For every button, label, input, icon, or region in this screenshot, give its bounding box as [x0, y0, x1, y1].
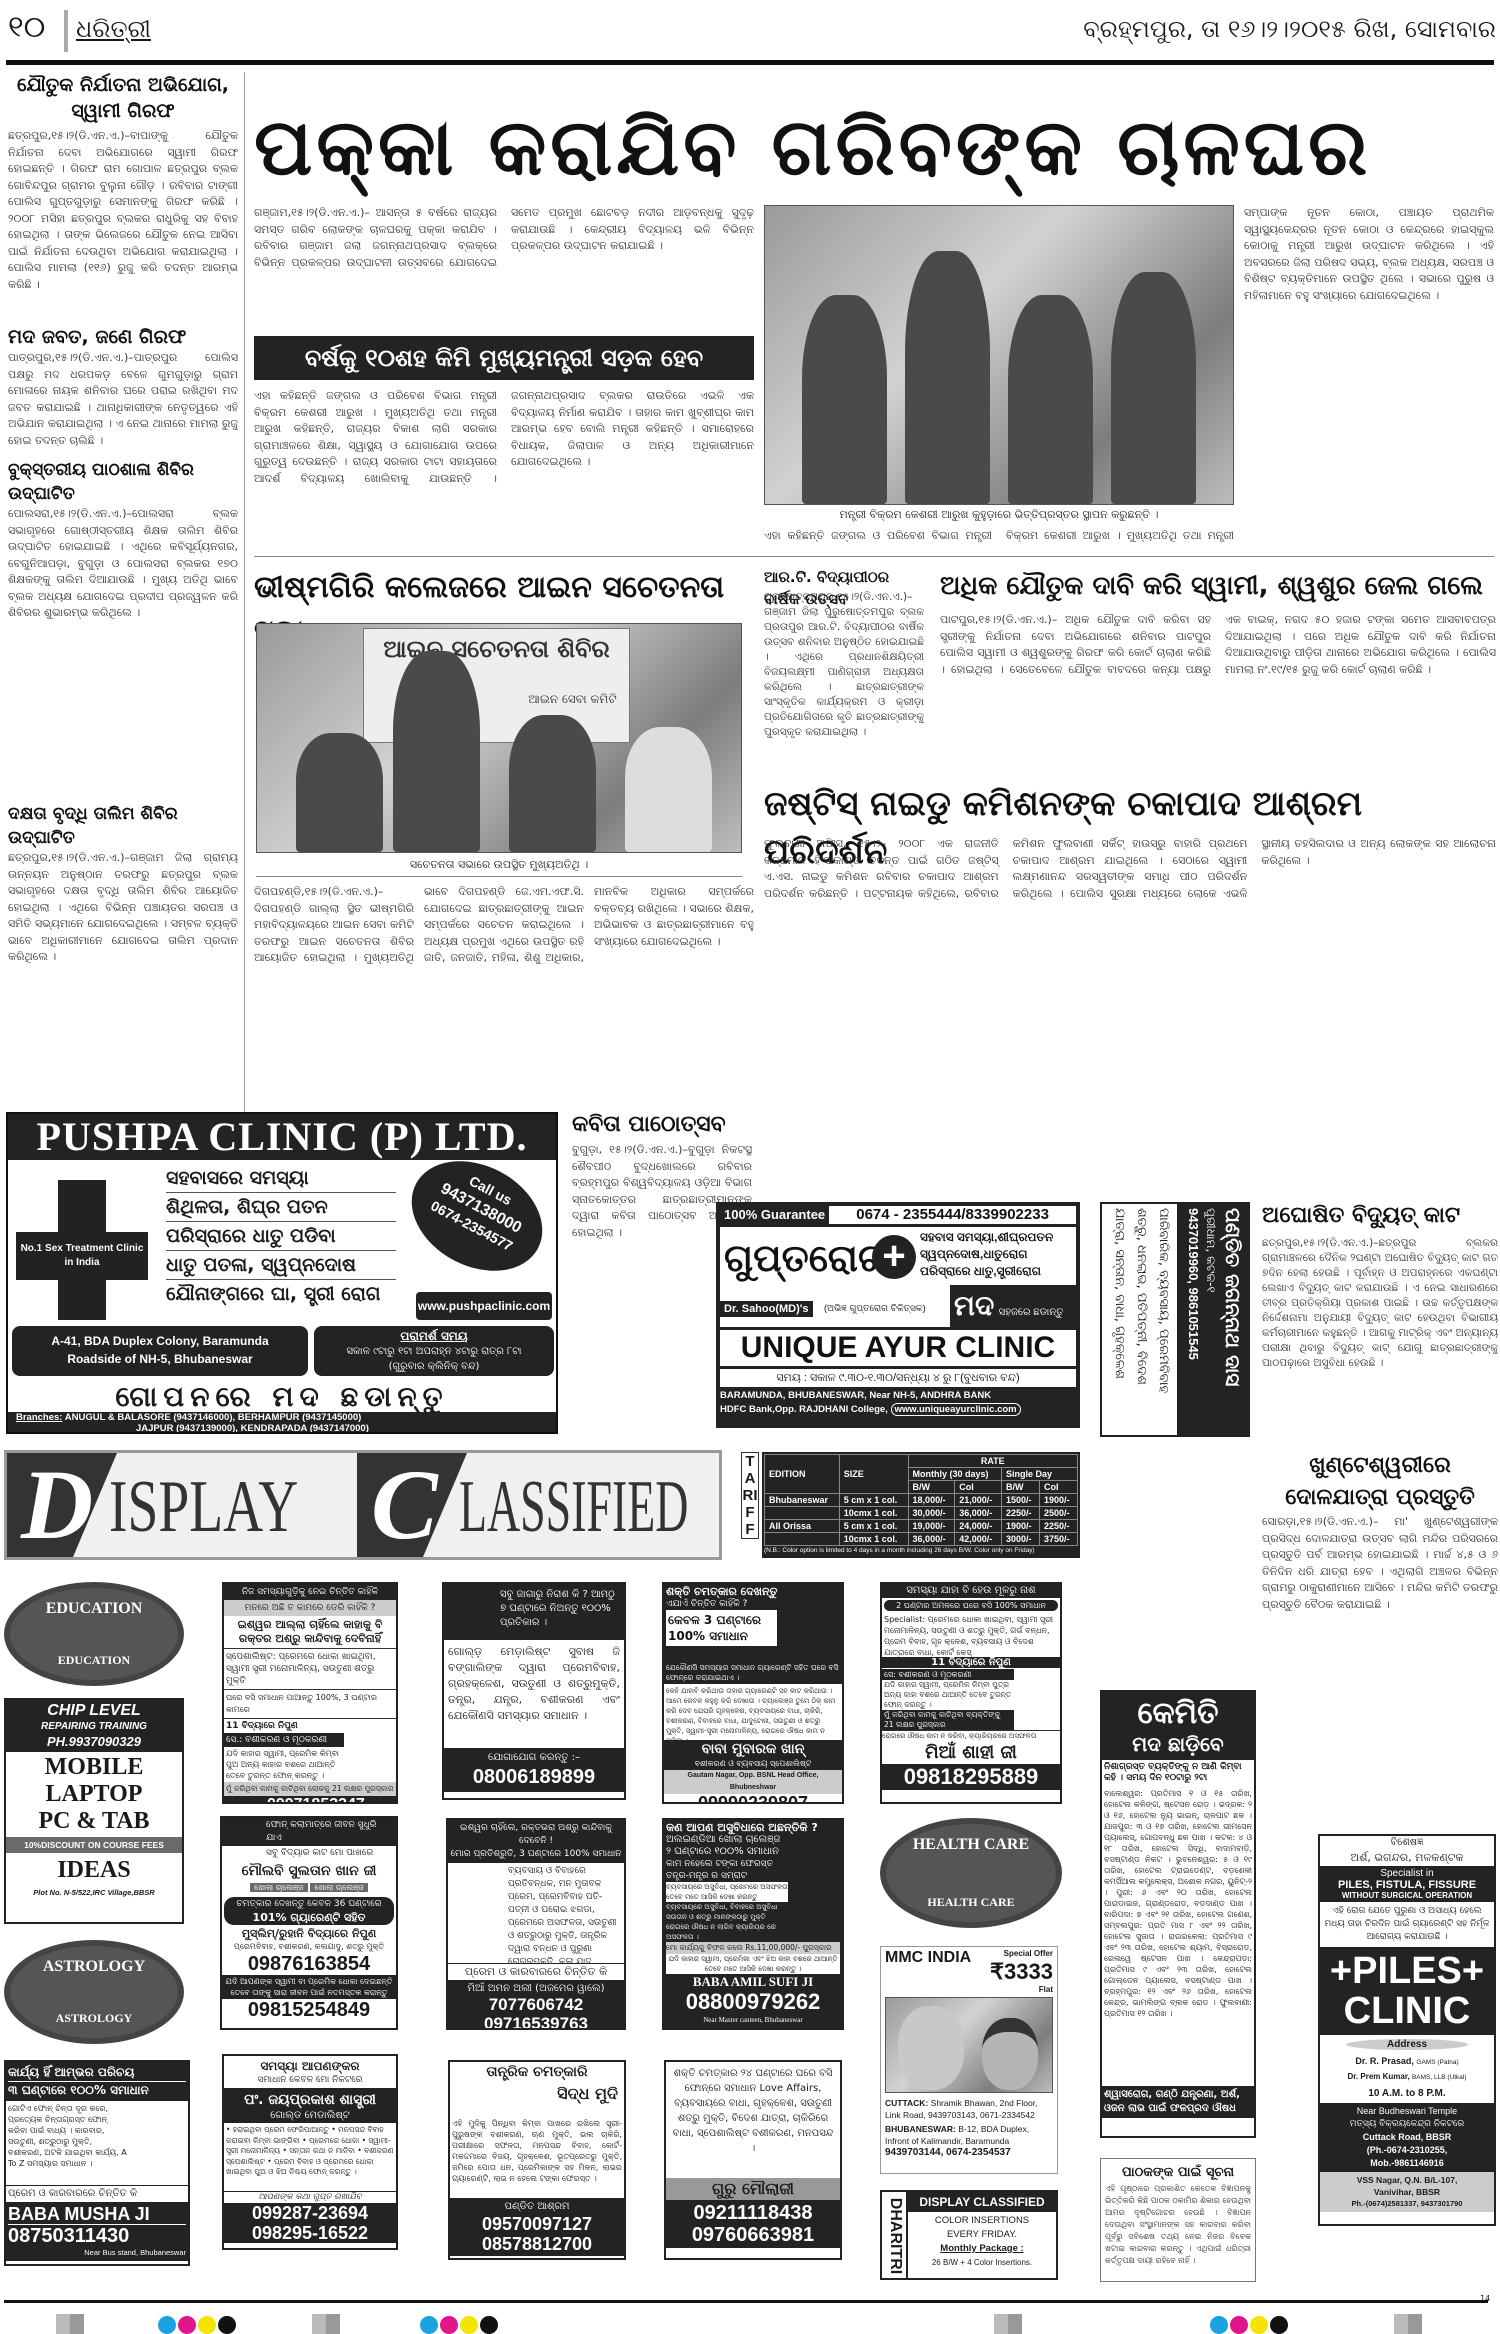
col-subheader: Monthly (30 days)	[908, 1468, 1001, 1481]
address-line: HDFC Bank,Opp. RAJDHANI College, www.uni…	[720, 1403, 1076, 1417]
phone: 09760663981	[666, 2224, 840, 2246]
power-cut-body: ଛତ୍ରପୁର,୧୫।୨(ଡି.ଏନ.ଏ.)–ଛତ୍ରପୁର ବ୍ଲକର ଗ୍ର…	[1262, 1236, 1498, 1436]
ad-body: ଏହି ମୁଦିକୁ ପିନ୍ଧିବା କିମ୍ବା ପାଖରେ ରଖିଲେ ସ…	[450, 2116, 624, 2198]
doctor-line: Dr. Prem Kumar, BAMS, LLB (Utkal)	[1320, 2070, 1494, 2085]
ad-big-line: CLINIC	[1320, 1991, 1494, 2031]
clinic-name: UNIQUE AYUR CLINIC	[720, 1330, 1076, 1366]
dola-body: ସୋରଡ଼ା,୧୫।୨(ଡି.ଏନ.ଏ.)– ମା' ଖୁଣ୍ଟେଶ୍ୱରୀଙ୍…	[1262, 1514, 1498, 1734]
col-header: EDITION	[765, 1455, 840, 1494]
ad-line: ସ୍ୱପ୍ନଦୋଷ,ଧାତୁରୋଗ	[920, 1246, 1053, 1263]
address: Plot No. N-5/522,IRC Village,BBSR	[6, 1887, 182, 1899]
ad-line: ଯଦି କାହାର ସ୍ୱାମୀ, ପ୍ରେମିକ କିମ୍ବା ପୁଅ ଅନ୍…	[224, 1747, 344, 1782]
ad-line: Specialist in	[1320, 1868, 1494, 1879]
ad-line: ସେ.: ବଶୀକରଣ ଓ ମୂଠକରଣୀ	[224, 1733, 344, 1747]
lead-headline: ପକ୍କା କରାଯିବ ଗରିବଙ୍କ ଚାଳଘର	[254, 100, 1494, 196]
ad-body: • ହରାଇଥିବା ପ୍ରେମ ଫେରିପାଆନ୍ତୁ • ମନପସନ୍ଦ ବ…	[224, 2123, 396, 2191]
law-camp-body: ଦିଗପହଣ୍ଡି,୧୫।୨(ଡି.ଏନ.ଏ.)– ଦିଗପହଣ୍ଡି ଗାଲ୍…	[254, 884, 754, 1104]
cell-edition	[765, 1507, 840, 1520]
pandit-name: ପଣ୍ଡିତ ଜଗନ୍ନାଥ ଦାସ	[1219, 1208, 1247, 1430]
address-line: BHUBANESWAR: B-12, BDA Duplex, Infront o…	[885, 2123, 1055, 2147]
ad-line: ସହବାସରେ ସମସ୍ୟା	[166, 1164, 396, 1193]
ad-unique-ayur[interactable]: 100% Guarantee 0674 - 2355444/8339902233…	[716, 1202, 1080, 1428]
ad-line: Vanivihar, BBSR	[1320, 2186, 1494, 2198]
side-label: DHARITRI	[882, 2192, 908, 2278]
website: www.pushpaclinic.com	[416, 1292, 552, 1320]
timing-text: ସକାଳ ୯ଟାରୁ ୧ଟା ଅପରାହ୍ନ ୪ଟାରୁ ରାତ୍ର ୮ଟା	[314, 1344, 554, 1359]
phone: 09716539763	[448, 2014, 624, 2030]
ad-name-block: ବାବା ମୁବାରକ ଖାନ୍ ବଶୀକରଣ ଓ ବ୍ୟବସାୟ ସ୍ପେଶା…	[664, 1740, 842, 1770]
left-column: ଯୌତୁକ ନିର୍ଯାତନା ଅଭିଯୋଗ, ସ୍ୱାମୀ ଗିରଫ ଛତ୍ର…	[8, 72, 238, 1102]
ad-chip-level[interactable]: CHIP LEVEL REPAIRING TRAINING PH.9937090…	[4, 1698, 184, 1924]
ad-body: ଗୋଟିଏ ଫୋନ୍ ଚିନ୍ତା ଦୂର କରେ, ପ୍ରତ୍ୟେକ ଚିନ୍…	[6, 2101, 188, 2185]
chip-row: ଖୋଲା ଚାଲେଞ୍ଜ ଖୋଲା ଚାଲେଞ୍ଜ	[222, 1881, 396, 1895]
ad-line: Mob.-9861146916	[1320, 2157, 1494, 2170]
ad-body: ଶକ୍ତି ଚମତ୍କାର ୨୪ ଘଣ୍ଟାରେ ଘରେ ବସି ଫୋନ୍‌ରେ…	[666, 2062, 840, 2178]
address-line: Roadside of NH-5, Bhubaneswar	[12, 1350, 308, 1368]
cyan-dot-icon	[420, 2316, 438, 2334]
ad-line: ଯଦି କାହାର ସ୍ୱାମୀ, ପ୍ରେମିକ କିମ୍ବା ପୁତ୍ର ଅ…	[882, 1680, 1014, 1710]
cell-size: 5 cm x 1 col.	[839, 1520, 908, 1533]
photo-figure	[1008, 295, 1092, 504]
ad-vertical-text: ପାରିବାରିକ, ବ୍ୟବସାୟ, ପ୍ରେମବିବାହ ଶତ୍ରୁ, ଧନ…	[1102, 1204, 1177, 1435]
phone: 09211118438	[666, 2202, 840, 2224]
ad-line: ଯୌନାଙ୍ଗରେ ଘା, ସ୍ତ୍ରୀ ରୋଗ	[166, 1280, 396, 1308]
phone: 09818295889	[882, 1764, 1060, 1790]
cell-rate: 1500/-	[1002, 1494, 1040, 1507]
ad-contact: BABA MUSHA JI 08750311430 Near Bus stand…	[6, 2202, 188, 2261]
ad-line: Monthly Package :	[908, 2242, 1056, 2256]
headline: ମଦ ଜବତ, ଜଣେ ଗିରଫ	[8, 324, 238, 350]
ad-vertical-pandit[interactable]: ପାରିବାରିକ, ବ୍ୟବସାୟ, ପ୍ରେମବିବାହ ଶତ୍ରୁ, ଧନ…	[1100, 1202, 1250, 1437]
col-label: B/W	[908, 1481, 955, 1494]
ad-name: ପଣ୍ଡିତ ଆଶ୍ରମ	[450, 2200, 624, 2214]
plus-icon: +	[872, 1235, 916, 1279]
phone-block: 099287-23694 098295-16522	[224, 2203, 396, 2243]
ad-rotated: ପଣ୍ଡିତ ଜଗନ୍ନାଥ ଦାସ ପୁରୀଧାମ, କଟକ-୧ 943701…	[1183, 1208, 1247, 1430]
ad-line: ତନ୍ତ୍ର-ମନ୍ତ୍ର ର ସମ୍ରାଟ	[666, 1870, 840, 1882]
magenta-dot-icon	[1230, 2316, 1248, 2334]
cell-rate: 42,000/-	[955, 1533, 1002, 1546]
story-liquor-seized: ମଦ ଜବତ, ଜଣେ ଗିରଫ ପାତ୍ରପୁର,୧୫।୨(ଡି.ଏନ.ଏ.)…	[8, 324, 238, 446]
badge-text: ASTROLOGY	[56, 2011, 133, 2026]
phone: 098295-16522	[224, 2223, 396, 2243]
magenta-dot-icon	[178, 2316, 196, 2334]
story-camp: ବୁକ୍‌ସ୍ତରୀୟ ପାଠଶାଳା ଶିବିର ଉଦ୍‌ଘାଟିତ ପୋଲସ…	[8, 458, 238, 786]
address-line: CUTTACK: Shramik Bhawan, 2nd Floor, Link…	[885, 2097, 1055, 2121]
address-block: CUTTACK: Shramik Bhawan, 2nd Floor, Link…	[885, 2097, 1055, 2159]
cell-rate: 2250/-	[1002, 1507, 1040, 1520]
ad-body: ଗୋଲ୍ଡ଼ ମେଡ଼ାଲିଷ୍ଟ ସୁବାଷ ଜି ବଙ୍ଗାଲିଙ୍କ ଦ୍…	[444, 1640, 624, 1748]
lead-body: ଗଞ୍ଜାମ,୧୫।୨(ଡି.ଏନ.ଏ.)– ଆସନ୍ତା ୫ ବର୍ଷରେ ର…	[254, 205, 754, 325]
banner-letter-d: D	[21, 1453, 93, 1557]
ad-title: DISPLAY CLASSIFIED	[908, 2192, 1056, 2212]
tariff-vertical-label: TARIFF	[741, 1452, 759, 1539]
ad-line: ମୋର ପ୍ରତିଶ୍ରୁତି, 3 ଘଣ୍ଟାରେ 100% ସମାଧାନ	[450, 1848, 622, 1861]
table-row: 10cmx 1 col. 36,000/- 42,000/- 3000/- 37…	[765, 1533, 1078, 1546]
phone-block: 09211118438 09760663981	[666, 2200, 840, 2248]
page-number: ୧୦	[8, 8, 45, 48]
banner-word: ISPLAY	[109, 1457, 298, 1557]
ad-name: ଗୁରୁ ମୌଲାଜୀ	[666, 2178, 840, 2200]
photo-figure	[393, 651, 480, 852]
ad-line: ଶତ୍ରୁ, ଧନଲାଭ, ପତିପତ୍ନୀ, ବିଦେଶ	[1130, 1208, 1152, 1430]
ad-siddha-mudi[interactable]: ତାନ୍ତ୍ରିକ ଚମତ୍କାରି ସିଦ୍ଧ ମୁଦି ଏହି ମୁଦିକୁ…	[448, 2060, 626, 2260]
cell-edition: Bhubaneswar	[765, 1494, 840, 1507]
cell-rate: 1900/-	[1002, 1520, 1040, 1533]
ad-mubarak-khan[interactable]: ଶକ୍ତି ଚମତ୍କାର ଦେଖନ୍ତୁ ଏଯାଏଁ ଚିନ୍ତିତ କାହି…	[662, 1582, 844, 1804]
ad-big-line: +PILES+	[1320, 1951, 1494, 1991]
ad-subhash[interactable]: ସବୁ ଜାଗାରୁ ନିରାଶ କି ? ଆମଠୁ ୭ ଘଣ୍ଟାରେ ନିଅ…	[442, 1582, 626, 1800]
doctor-name: Dr. Prem Kumar,	[1347, 2072, 1409, 2081]
branches: Branches: ANUGUL & BALASORE (9437146000)…	[8, 1412, 556, 1434]
branches-text: JAJPUR (9437139000), KENDRAPADA (9437147…	[16, 1423, 369, 1434]
ad-line: ପ୍ରେମ ଓ କାରବାରରେ ଚିନ୍ତିତ କି	[6, 2185, 188, 2202]
ad-body: ଏହି ରୋଗ ଯେତେ ପୁରୁଣା ଓ ଅସାଧ୍ୟ ହେଲେ ମଧ୍ୟ ତ…	[1320, 1902, 1494, 1947]
phone: 08578812700	[450, 2234, 624, 2254]
doctor-line: Dr. R. Prasad, GAMS (Patna)	[1320, 2054, 1494, 2070]
phone: 09876163854	[222, 1953, 396, 1975]
ad-title: କେମିତି	[1102, 1696, 1254, 1732]
law-camp-caption: ସଚେତନତା ସଭାରେ ଉପସ୍ଥିତ ମୁଖ୍ୟଅତିଥି ।	[256, 858, 742, 872]
ad-line: ବ୍ୟବସାୟରେ ଅସୁବିଧା, ପ୍ରେମରେ ଅସଫଳତା ତେବେ ମ…	[666, 1882, 788, 1902]
cell-rate: 2500/-	[1039, 1507, 1077, 1520]
face-after	[982, 2018, 1038, 2090]
headline: ବୁକ୍‌ସ୍ତରୀୟ ପାଠଶାଳା ଶିବିର ଉଦ୍‌ଘାଟିତ	[8, 458, 238, 506]
col-label: Col	[1039, 1481, 1077, 1494]
cell-edition: All Orissa	[765, 1520, 840, 1533]
notice-body: ଏହି ପୃଷ୍ଠାରେ ପ୍ରକାଶିତ କେତେକ ବିଜ୍ଞାପନକୁ ଭ…	[1105, 2183, 1251, 2277]
chip-big-line: MOBILE	[6, 1754, 182, 1781]
ad-name: ମିଆଁ ଶାହୀ ଜୀ	[882, 1742, 1060, 1764]
story-body: ଛତ୍ରପୁର,୧୫।୨(ଡି.ଏନ.ଏ.)–ଗଞ୍ଜାମ ଜିଲା ଗ୍ରାମ…	[8, 850, 238, 1030]
ad-line: ପ୍ରେମବିବାହ, ବଶୀକରଣ, କଳାଯାଦୁ, ଶତ୍ରୁ ମୁକ୍ତ…	[222, 1940, 396, 1953]
timing: ସମୟ : ସକାଳ ୯.୩୦-୧.୩୦/ସନ୍ଧ୍ୟା ୪ ରୁ ୮(ବୁଧବ…	[720, 1369, 1076, 1387]
ad-line: ଶକ୍ତି ଚମତ୍କାର ଦେଖନ୍ତୁ	[666, 1586, 840, 1598]
ad-line: ଫୋନ୍ କଲାମାତ୍ରେ ଜୀବନ ସୁଧୁରି ଯାଏ	[222, 1818, 396, 1846]
doctor-qual: BAMS, LLB (Utkal)	[1412, 2074, 1467, 2081]
pandit-location: ପୁରୀଧାମ, କଟକ-୧	[1203, 1208, 1219, 1430]
ad-body: ବ୍ୟବସାୟ ଓ ବିବାହରେ ପ୍ରତିବନ୍ଧକ, ମନ ମୁତାବକ …	[448, 1863, 624, 1963]
story-body: ପାତ୍ରପୁର,୧୫।୨(ଡି.ଏନ.ଏ.)–ପାତ୍ରପୁର ପୋଲିସ ପ…	[8, 350, 238, 446]
ad-sultan-khan[interactable]: ଫୋନ୍ କଲାମାତ୍ରେ ଜୀବନ ସୁଧୁରି ଯାଏ ସବୁ ବିଦ୍ୟ…	[220, 1816, 398, 2030]
ad-header: ସମସ୍ୟା ଆପଣଙ୍କର ସମାଧାନ କେବଳ ମୋ ନିକଟରେ	[224, 2056, 396, 2088]
dola-headline: ଖୁଣ୍ଟେଶ୍ୱରୀରେ ଦୋଳଯାତ୍ରା ପ୍ରସ୍ତୁତି	[1262, 1450, 1498, 1514]
phone: 0674 - 2355444/8339902233	[829, 1206, 1076, 1224]
ad-kemiti-deaddiction[interactable]: କେମିତି ମଦ ଛାଡ଼ିବେ ନିଶାଗ୍ରସ୍ତ ବ୍ୟକ୍ତିଙ୍କୁ…	[1100, 1690, 1256, 2138]
ad-line: ୨ ଘଣ୍ଟାରେ ୧୦୦% ସମାଧାନ	[666, 1846, 840, 1858]
address: Gautam Nagar, Opp. BSNL Head Office, Bhu…	[664, 1770, 842, 1794]
cell-rate: 19,000/-	[908, 1520, 955, 1533]
photo-figure	[905, 251, 989, 504]
face-before	[898, 2006, 964, 2090]
story-body: ଛତ୍ରପୁର,୧୫।୨(ଡି.ଏନ.ଏ.)–ବାପାଙ୍କୁ ଯୌତୁକ ନି…	[8, 128, 238, 318]
ad-lines: ପାରିବାରିକ, ବ୍ୟବସାୟ, ପ୍ରେମବିବାହ ଶତ୍ରୁ, ଧନ…	[1108, 1208, 1174, 1430]
doctor-name: Dr. R. Prasad,	[1355, 2056, 1414, 2066]
lead-body-4: ଏହା କହିଛନ୍ତି ଜଙ୍ଗଲ ଓ ପରିବେଶ ବିଭାଗ ମନ୍ତ୍ର…	[764, 528, 1234, 550]
ad-line: ବିଶେଷଜ୍ଞ	[1320, 1836, 1494, 1850]
cyan-dot-icon	[1210, 2316, 1228, 2334]
doctor-name: Dr. Sahoo(MD)'s	[720, 1301, 813, 1317]
ad-line: ଯଦି କାହାର ସ୍ୱାମୀ, ପ୍ରେମିକା ଏବଂ ଝିଅ କାହା …	[666, 1954, 840, 1974]
cyan-dot-icon	[158, 2316, 176, 2334]
cell-rate: 3000/-	[1002, 1533, 1040, 1546]
ad-body: ବାଲେଶ୍ୱର: ପ୍ରତିମାସ ୧ ଓ ୧୫ ତାରିଖ, ହୋଟେଲ କ…	[1102, 1786, 1254, 2086]
cell-rate: 30,000/-	[908, 1507, 955, 1520]
dateline: ବ୍ରହ୍ମପୁର, ତା ୧୬।୨।୨୦୧୫ ରିଖ, ସୋମବାର	[1083, 10, 1496, 48]
ad-line: ଘରେ ବସି ସମାଧାନ ପାଆନ୍ତୁ 100%, 3 ଘଣ୍ଟାର କା…	[224, 1690, 396, 1719]
registration-cmyk	[1210, 2316, 1290, 2334]
cell-rate: 36,000/-	[908, 1533, 955, 1546]
mada-block: ମଦ ସହଜରେ ଛଡାନ୍ତୁ	[950, 1285, 1076, 1327]
branches-label: Branches:	[16, 1412, 62, 1423]
ad-line: ୩ ଘଣ୍ଟାରେ ୧୦୦% ସମାଧାନ	[8, 2082, 186, 2099]
ad-line: ଯାତ୍ରା, ସନ୍ତାନ, ବାଧା, ଗୃହକ୍ଳେଶ	[1108, 1208, 1130, 1430]
ad-pushpa-clinic[interactable]: PUSHPA CLINIC (P) LTD. No.1 Sex Treatmen…	[6, 1112, 558, 1434]
guarantee-label: 100% Guarantee	[720, 1206, 829, 1224]
ad-line: ଗୋଲ୍ଡ ମେଡାଲିଷ୍ଟ	[226, 2110, 394, 2121]
black-dot-icon	[218, 2316, 236, 2334]
registration-gray	[312, 2314, 340, 2334]
ad-line: (Ph.-0674-2310255,	[1320, 2144, 1494, 2157]
story-body: ପୋଲସରା,୧୫।୨(ଡି.ଏନ.ଏ.)–ପୋଲସରା ବ୍ଲକ ସଭାଗୃହ…	[8, 506, 238, 786]
flat-label: Flat	[1039, 1985, 1053, 1994]
contact-block: ଯୋଗାଯୋଗ କରନ୍ତୁ :– 08006189899	[444, 1748, 624, 1792]
phone: 08800979262	[666, 1990, 840, 2014]
ad-line: ମୋ କାର୍ଯ୍ୟକୁ ବିଫଳ କଲେ Rs.11,00,000/- ପୁର…	[666, 1942, 840, 1954]
address-line: BARAMUNDA, BHUBANESWAR, Near NH-5, ANDHR…	[720, 1389, 1076, 1403]
ad-line: VSS Nagar, Q.N. B/L-107,	[1320, 2174, 1494, 2186]
ad-amil-sufi[interactable]: କଣ ଆପଣ ଅସୁବିଧାରେ ଅଛନ୍ତିକି ? ଅଲଇଣ୍ଡିଆ ଖୋଲ…	[662, 1818, 844, 2030]
ad-baba-musha[interactable]: କାର୍ଯ୍ୟ ହିଁ ଆମ୍ଭର ପରିଚୟ ୩ ଘଣ୍ଟାରେ ୧୦୦% ସ…	[4, 2060, 190, 2266]
contact-label: ଯୋଗାଯୋଗ କରନ୍ତୁ :–	[444, 1751, 624, 1765]
dowry-body: ପାଟପୁର,୧୫।୨(ଡି.ଏନ.ଏ.)– ଅଧିକ ଯୌତୁକ ଦାବି କ…	[940, 612, 1496, 772]
ad-line: Cuttack Road, BBSR	[1320, 2131, 1494, 2144]
ad-line: ସେ: ବଶୀକରଣ ଓ ମୂଠକରଣୀ	[882, 1669, 1014, 1680]
price: ₹3333	[990, 1959, 1053, 1985]
photo-figure	[625, 727, 712, 852]
cross-icon-bar: No.1 Sex Treatment Clinic in India	[16, 1232, 148, 1280]
folio: 14	[1480, 2294, 1490, 2303]
ad-name: ମୌଲବି ସୁଲତାନ ଖାନ ଜୀ	[222, 1861, 396, 1881]
tariff-grid: EDITION SIZE RATE Monthly (30 days) Sing…	[764, 1454, 1078, 1546]
table-row: Bhubaneswar 5 cm x 1 col. 18,000/- 21,00…	[765, 1494, 1078, 1507]
display-classified-banner: D ISPLAY C LASSIFIED	[4, 1450, 722, 1560]
ad-line: ପ୍ରେମ ଓ କାରବାରରେ ଚିନ୍ତିତ କି	[448, 1963, 624, 1980]
photo-figure	[802, 295, 886, 504]
contact-block: ମିଆଁ ଅମନ ଅଲୀ (ଅଜମେର ୱାଲେ) 7077606742 097…	[448, 1980, 624, 2030]
ad-header: ଇଶ୍ୱର ଚାହିଁଲେ, ରକ୍ତଭରା ଅଶ୍ରୁ କାନ୍ଦିବାକୁ …	[448, 1820, 624, 1863]
column-divider	[244, 72, 245, 1112]
badge-text: EDUCATION	[58, 1653, 130, 1668]
ad-line: ସହବାସ ସମସ୍ୟା,ଶୀଘ୍ରପତନ	[920, 1229, 1053, 1246]
phone: PH.9937090329	[6, 1734, 182, 1750]
banner-letter-c: C	[371, 1453, 438, 1557]
ad-mmc-india[interactable]: MMC INDIA Special Offer ₹3333 Flat CUTTA…	[880, 1946, 1058, 2174]
ad-line: ସମାଧାନ କେବଳ ମୋ ନିକଟରେ	[226, 2074, 394, 2086]
ad-line: ଧାତୁ ପତଳା, ସ୍ୱପ୍ନଦୋଷ	[166, 1251, 396, 1280]
lead-photo	[764, 205, 1234, 505]
ad-line: ଚମତ୍କାର ଦେଖନ୍ତୁ କେବଳ 36 ଘଣ୍ଟାରେ	[224, 1898, 394, 1911]
poetry-headline: କବିତା ପାଠୋତ୍ସବ	[572, 1110, 752, 1140]
phone-block: ପଣ୍ଡିତ ଆଶ୍ରମ 09570097127 08578812700	[450, 2198, 624, 2256]
ad-line: ବ୍ୟବସାୟରେ ଅସୁବିଧା, ବିବାହରେ ଅସୁବିଧା ସଉତାନ…	[666, 1902, 788, 1942]
ad-header: କାର୍ଯ୍ୟ ହିଁ ଆମ୍ଭର ପରିଚୟ ୩ ଘଣ୍ଟାରେ ୧୦୦% ସ…	[6, 2062, 188, 2101]
branches-text: ANUGUL & BALASORE (9437146000), BERHAMPU…	[65, 1412, 362, 1423]
ad-line: ପରିସ୍ରାରେ ଧାତୁ ପଡିବା	[166, 1222, 396, 1251]
ad-dharitri-classified[interactable]: DHARITRI DISPLAY CLASSIFIED COLOR INSERT…	[880, 2190, 1058, 2280]
chip-line: CHIP LEVEL	[6, 1702, 182, 1720]
black-dot-icon	[1270, 2316, 1288, 2334]
paper-logo: ଧରିତ୍ରୀ	[76, 12, 151, 46]
address-line: A-41, BDA Duplex Colony, Baramunda	[12, 1332, 308, 1350]
yellow-dot-icon	[198, 2316, 216, 2334]
city-label: CUTTACK:	[885, 2098, 928, 2108]
ad-line: ଅର୍ଶ, ଭଗନ୍ଦର, ମଳକଣ୍ଟକ	[1320, 1850, 1494, 1866]
cell-edition	[765, 1533, 840, 1546]
phone: 08750311430	[8, 2225, 186, 2247]
ad-name-block: ପଂ. ଜୟପ୍ରକାଶ ଶାସ୍ତ୍ରୀ ଗୋଲ୍ଡ ମେଡାଲିଷ୍ଟ	[224, 2088, 396, 2123]
ad-line: 11 ବିଦ୍ୟାରେ ନିପୁଣ	[224, 1719, 396, 1733]
chip-big-line: PC & TAB	[6, 1808, 182, 1835]
col-label: Col	[955, 1481, 1002, 1494]
ad-line: ବଶୀକରଣ ଓ ବ୍ୟବସାୟ ସ୍ପେଶାଲିଷ୍ଟ	[664, 1758, 842, 1770]
ad-line: ସ୍ପେଶାଲିଷ୍ଟ: ପ୍ରେମରେ ଧୋକା ଖାଇଥିବା, ସ୍ୱାମ…	[224, 1649, 396, 1690]
tariff-note: (N.B.: Color option is limited to 4 days…	[764, 1546, 1078, 1556]
ad-name: ବାବା ମୁବାରକ ଖାନ୍	[664, 1740, 842, 1758]
ad-line: ମୁସ୍‌ଲିମ୍/ରୁହାନି ବିଦ୍ୟାରେ ନିପୁଣ	[222, 1927, 396, 1940]
address: Near Master canteen, Bhubaneswar	[666, 2014, 840, 2026]
col-header: SIZE	[839, 1455, 908, 1494]
ad-title: PUSHPA CLINIC (P) LTD.	[8, 1114, 556, 1160]
banner-word: LASSIFIED	[459, 1457, 688, 1557]
ad-line: କଣ ଆପଣ ଅସୁବିଧାରେ ଅଛନ୍ତିକି ?	[666, 1822, 840, 1834]
col-header: RATE	[908, 1455, 1077, 1468]
astrology-badge: ASTROLOGY ASTROLOGY	[4, 1940, 184, 2044]
timing: ପରାମର୍ଶ ସମୟ ସକାଳ ୯ଟାରୁ ୧ଟା ଅପରାହ୍ନ ୪ଟାରୁ…	[314, 1326, 554, 1376]
ad-line: ଏଯାଏଁ ଚିନ୍ତିତ କାହିଁକି ?	[666, 1598, 840, 1610]
cell-rate: 21,000/-	[955, 1494, 1002, 1507]
ideas-logo: IDEAS	[6, 1853, 182, 1887]
before-after-photo	[885, 1997, 1053, 2093]
ad-piles-clinic[interactable]: ବିଶେଷଜ୍ଞ ଅର୍ଶ, ଭଗନ୍ଦର, ମଳକଣ୍ଟକ Specialis…	[1318, 1834, 1496, 2226]
ad-line: ଯେକୌଣସି ସମସ୍ୟାର ସମାଧାନ ଗ୍ୟାରେଣ୍ଟି ସହିତ ଘ…	[664, 1662, 842, 1684]
city-label: BHUBANESWAR:	[885, 2124, 956, 2134]
ad-line: ମତ୍ସ୍ୟ ବିକ୍ରୟକେନ୍ଦ୍ର ନିକଟରେ	[1320, 2118, 1494, 2131]
phone: 9439703144, 0674-2354537	[885, 2147, 1055, 2159]
ad-body: କେହି ଯାହାବି କରିଥାଉ ତାହାର ଗ୍ୟାରେଣ୍ଟି ସହ କ…	[664, 1684, 842, 1740]
caption-rule	[256, 876, 742, 877]
ad-shahi-ji[interactable]: ସମସ୍ୟା ଯାହା ବି ହେଉ ମୂଳରୁ ନାଶ 2 ଘଣ୍ଟାର ଅମ…	[880, 1582, 1062, 1804]
ad-header: ତାନ୍ତ୍ରିକ ଚମତ୍କାରି ସିଦ୍ଧ ମୁଦି	[450, 2062, 624, 2116]
ad-guru-moulaji[interactable]: ଶକ୍ତି ଚମତ୍କାର ୨୪ ଘଣ୍ଟାରେ ଘରେ ବସି ଫୋନ୍‌ରେ…	[664, 2060, 842, 2260]
ad-big-text: PILES	[1352, 1950, 1462, 1992]
ad-top-row: 100% Guarantee 0674 - 2355444/8339902233	[720, 1206, 1076, 1224]
ad-header: କେମିତି ମଦ ଛାଡ଼ିବେ	[1102, 1692, 1254, 1760]
photo-figure	[1111, 272, 1195, 504]
ad-aman-ali[interactable]: ଇଶ୍ୱର ଚାହିଁଲେ, ରକ୍ତଭରା ଅଶ୍ରୁ କାନ୍ଦିବାକୁ …	[446, 1818, 626, 2030]
location-block: Near Budheswari Temple ମତ୍ସ୍ୟ ବିକ୍ରୟକେନ୍…	[1320, 2103, 1494, 2172]
phone: 08006189899	[444, 1765, 624, 1789]
ad-lines: ସହବାସ ସମସ୍ୟା,ଶୀଘ୍ରପତନ ସ୍ୱପ୍ନଦୋଷ,ଧାତୁରୋଗ …	[920, 1229, 1053, 1280]
badge-text: HEALTH CARE	[927, 1895, 1014, 1910]
address-2-block: VSS Nagar, Q.N. B/L-107, Vanivihar, BBSR…	[1320, 2172, 1494, 2212]
timing-note: (ଗୁରୁବାର କ୍ଲିନିକ୍ ବନ୍ଦ)	[314, 1359, 554, 1374]
specialist-block: Specialist in PILES, FISTULA, FISSURE WI…	[1320, 1866, 1494, 1902]
phone: 09815254849	[222, 1999, 396, 2021]
cell-size: 10cmx 1 col.	[839, 1533, 908, 1546]
ad-line: ରୋଗରେ ଔଷଧ କାମ ନ କରିବା, କ୍ୟାରିୟରରେ ଅସଫଳତା	[882, 1730, 1060, 1742]
registration-cmyk	[420, 2316, 500, 2334]
phone: 7077606742	[448, 1995, 624, 2014]
ad-line: ନିଶାଗ୍ରସ୍ତ ବ୍ୟକ୍ତିଙ୍କୁ ନ ଆଣି କିମ୍ବା କହି …	[1102, 1760, 1254, 1786]
phone: 099287-23694	[224, 2203, 396, 2223]
magenta-dot-icon	[440, 2316, 458, 2334]
ad-lines: COLOR INSERTIONS EVERY FRIDAY. Monthly P…	[908, 2214, 1056, 2270]
piles-big: +PILES+ CLINIC	[1320, 1947, 1494, 2035]
contact-row: Contact: 09971853347	[224, 1796, 396, 1804]
phone: 09570097127	[450, 2214, 624, 2234]
offer-label: Special Offer	[1004, 1949, 1053, 1958]
ad-jayaprakash-shastri[interactable]: ସମସ୍ୟା ଆପଣଙ୍କର ସମାଧାନ କେବଳ ମୋ ନିକଟରେ ପଂ.…	[222, 2054, 398, 2250]
story-skills-camp: ଦକ୍ଷତା ବୃଦ୍ଧି ତାଲିମ ଶିବିର ଉଦ୍‌ଘାଟିତ ଛତ୍ର…	[8, 802, 238, 1030]
ad-line: PILES, FISTULA, FISSURE	[1320, 1879, 1494, 1891]
slogan: ଗୋପନରେ ମଦ ଛଡାନ୍ତୁ	[12, 1380, 552, 1414]
ad-subtitle: ମଦ ଛାଡ଼ିବେ	[1102, 1732, 1254, 1756]
notice-title: ପାଠକଙ୍କ ପାଇଁ ସୂଚନା	[1105, 2163, 1251, 2183]
power-cut-headline: ଅଘୋଷିତ ବିଦ୍ୟୁତ୍ କାଟ	[1262, 1200, 1498, 1232]
black-dot-icon	[480, 2316, 498, 2334]
address: Near Bus stand, Bhubaneswar	[8, 2247, 186, 2259]
discount-label: 10%DISCOUNT ON COURSE FEES	[6, 1837, 182, 1853]
chip-big: MOBILE LAPTOP PC & TAB	[6, 1752, 182, 1837]
chip: ଖୋଲା ଚାଲେଞ୍ଜ	[310, 1883, 367, 1892]
ad-contact-specialist[interactable]: ନିଜ ସମସ୍ୟାଗୁଡ଼ିକୁ ନେଇ ଚିନ୍ତିତ କାହିଁକି ମନ…	[222, 1582, 398, 1804]
masthead: ୧୦ ଧରିତ୍ରୀ ବ୍ରହ୍ମପୁର, ତା ୧୬।୨।୨୦୧୫ ରିଖ, …	[8, 8, 1496, 54]
ad-line: Ph.-(0674)2581337, 9437301790	[1320, 2198, 1494, 2210]
registration-gray	[994, 2314, 1022, 2334]
badge-text: ASTROLOGY	[43, 1958, 145, 1976]
ad-name: MMC INDIA	[885, 1949, 971, 1967]
ad-line: ଇଶ୍ୱର ଆଲ୍ଲା ଚାହିଁଲେ କାହାକୁ ବି ରକ୍ତର ଅଶ୍ର…	[224, 1616, 396, 1649]
ad-line: ସିଦ୍ଧ ମୁଦି	[450, 2082, 624, 2106]
ad-line: ତାନ୍ତ୍ରିକ ଚମତ୍କାରି	[450, 2062, 624, 2082]
ad-line: କାମ ନହେଲେ ଟଙ୍କା ଫେରସ୍ତ	[666, 1858, 840, 1870]
ad-line: ମୁଁ କରିଥିବା କାମକୁ କାଟିଥିବା ବ୍ୟକ୍ତିଙ୍କୁ 2…	[882, 1710, 1014, 1730]
table-row: All Orissa 5 cm x 1 col. 19,000/- 24,000…	[765, 1520, 1078, 1533]
cell-size: 5 cm x 1 col.	[839, 1494, 908, 1507]
doctor-qual: GAMS (Patna)	[1416, 2059, 1458, 2066]
yellow-dot-icon	[1250, 2316, 1268, 2334]
banner-text: ଆଇନ ସଚେତନତା ଶିବିର	[364, 629, 628, 669]
chip-big-line: LAPTOP	[6, 1781, 182, 1808]
masthead-divider	[64, 10, 68, 52]
badge-text: HEALTH CARE	[913, 1836, 1029, 1854]
ad-vertical-name: ପଣ୍ଡିତ ଜଗନ୍ନାଥ ଦାସ ପୁରୀଧାମ, କଟକ-୧ 943701…	[1177, 1204, 1248, 1435]
ad-line: ମନରେ ଅଛି ତ କାମରେ ଡେରି କାହିଁକି ?	[224, 1600, 396, 1616]
registration-gray	[56, 2314, 84, 2334]
phone: 09971853347	[267, 1796, 365, 1804]
website-link[interactable]: www.uniqueayurclinic.com	[891, 1403, 1021, 1416]
cell-rate: 36,000/-	[955, 1507, 1002, 1520]
footer-rule	[4, 2300, 1488, 2303]
ad-line: ପାରିବାରିକ, ବ୍ୟବସାୟ, ପ୍ରେମବିବାହ	[1152, 1208, 1174, 1430]
lead-body-2: ଏହା କହିଛନ୍ତି ଜଙ୍ଗଲ ଓ ପରିବେଶ ବିଭାଗ ମନ୍ତ୍ର…	[254, 388, 754, 540]
chip-line: REPAIRING TRAINING	[6, 1720, 182, 1734]
side-text: DHARITRI	[886, 2194, 904, 2278]
ad-line: Near Budheswari Temple	[1320, 2105, 1494, 2118]
photo-figure	[296, 733, 383, 852]
ad-header: ଶକ୍ତି ଚମତ୍କାର ଦେଖନ୍ତୁ ଏଯାଏଁ ଚିନ୍ତିତ କାହି…	[664, 1584, 842, 1662]
